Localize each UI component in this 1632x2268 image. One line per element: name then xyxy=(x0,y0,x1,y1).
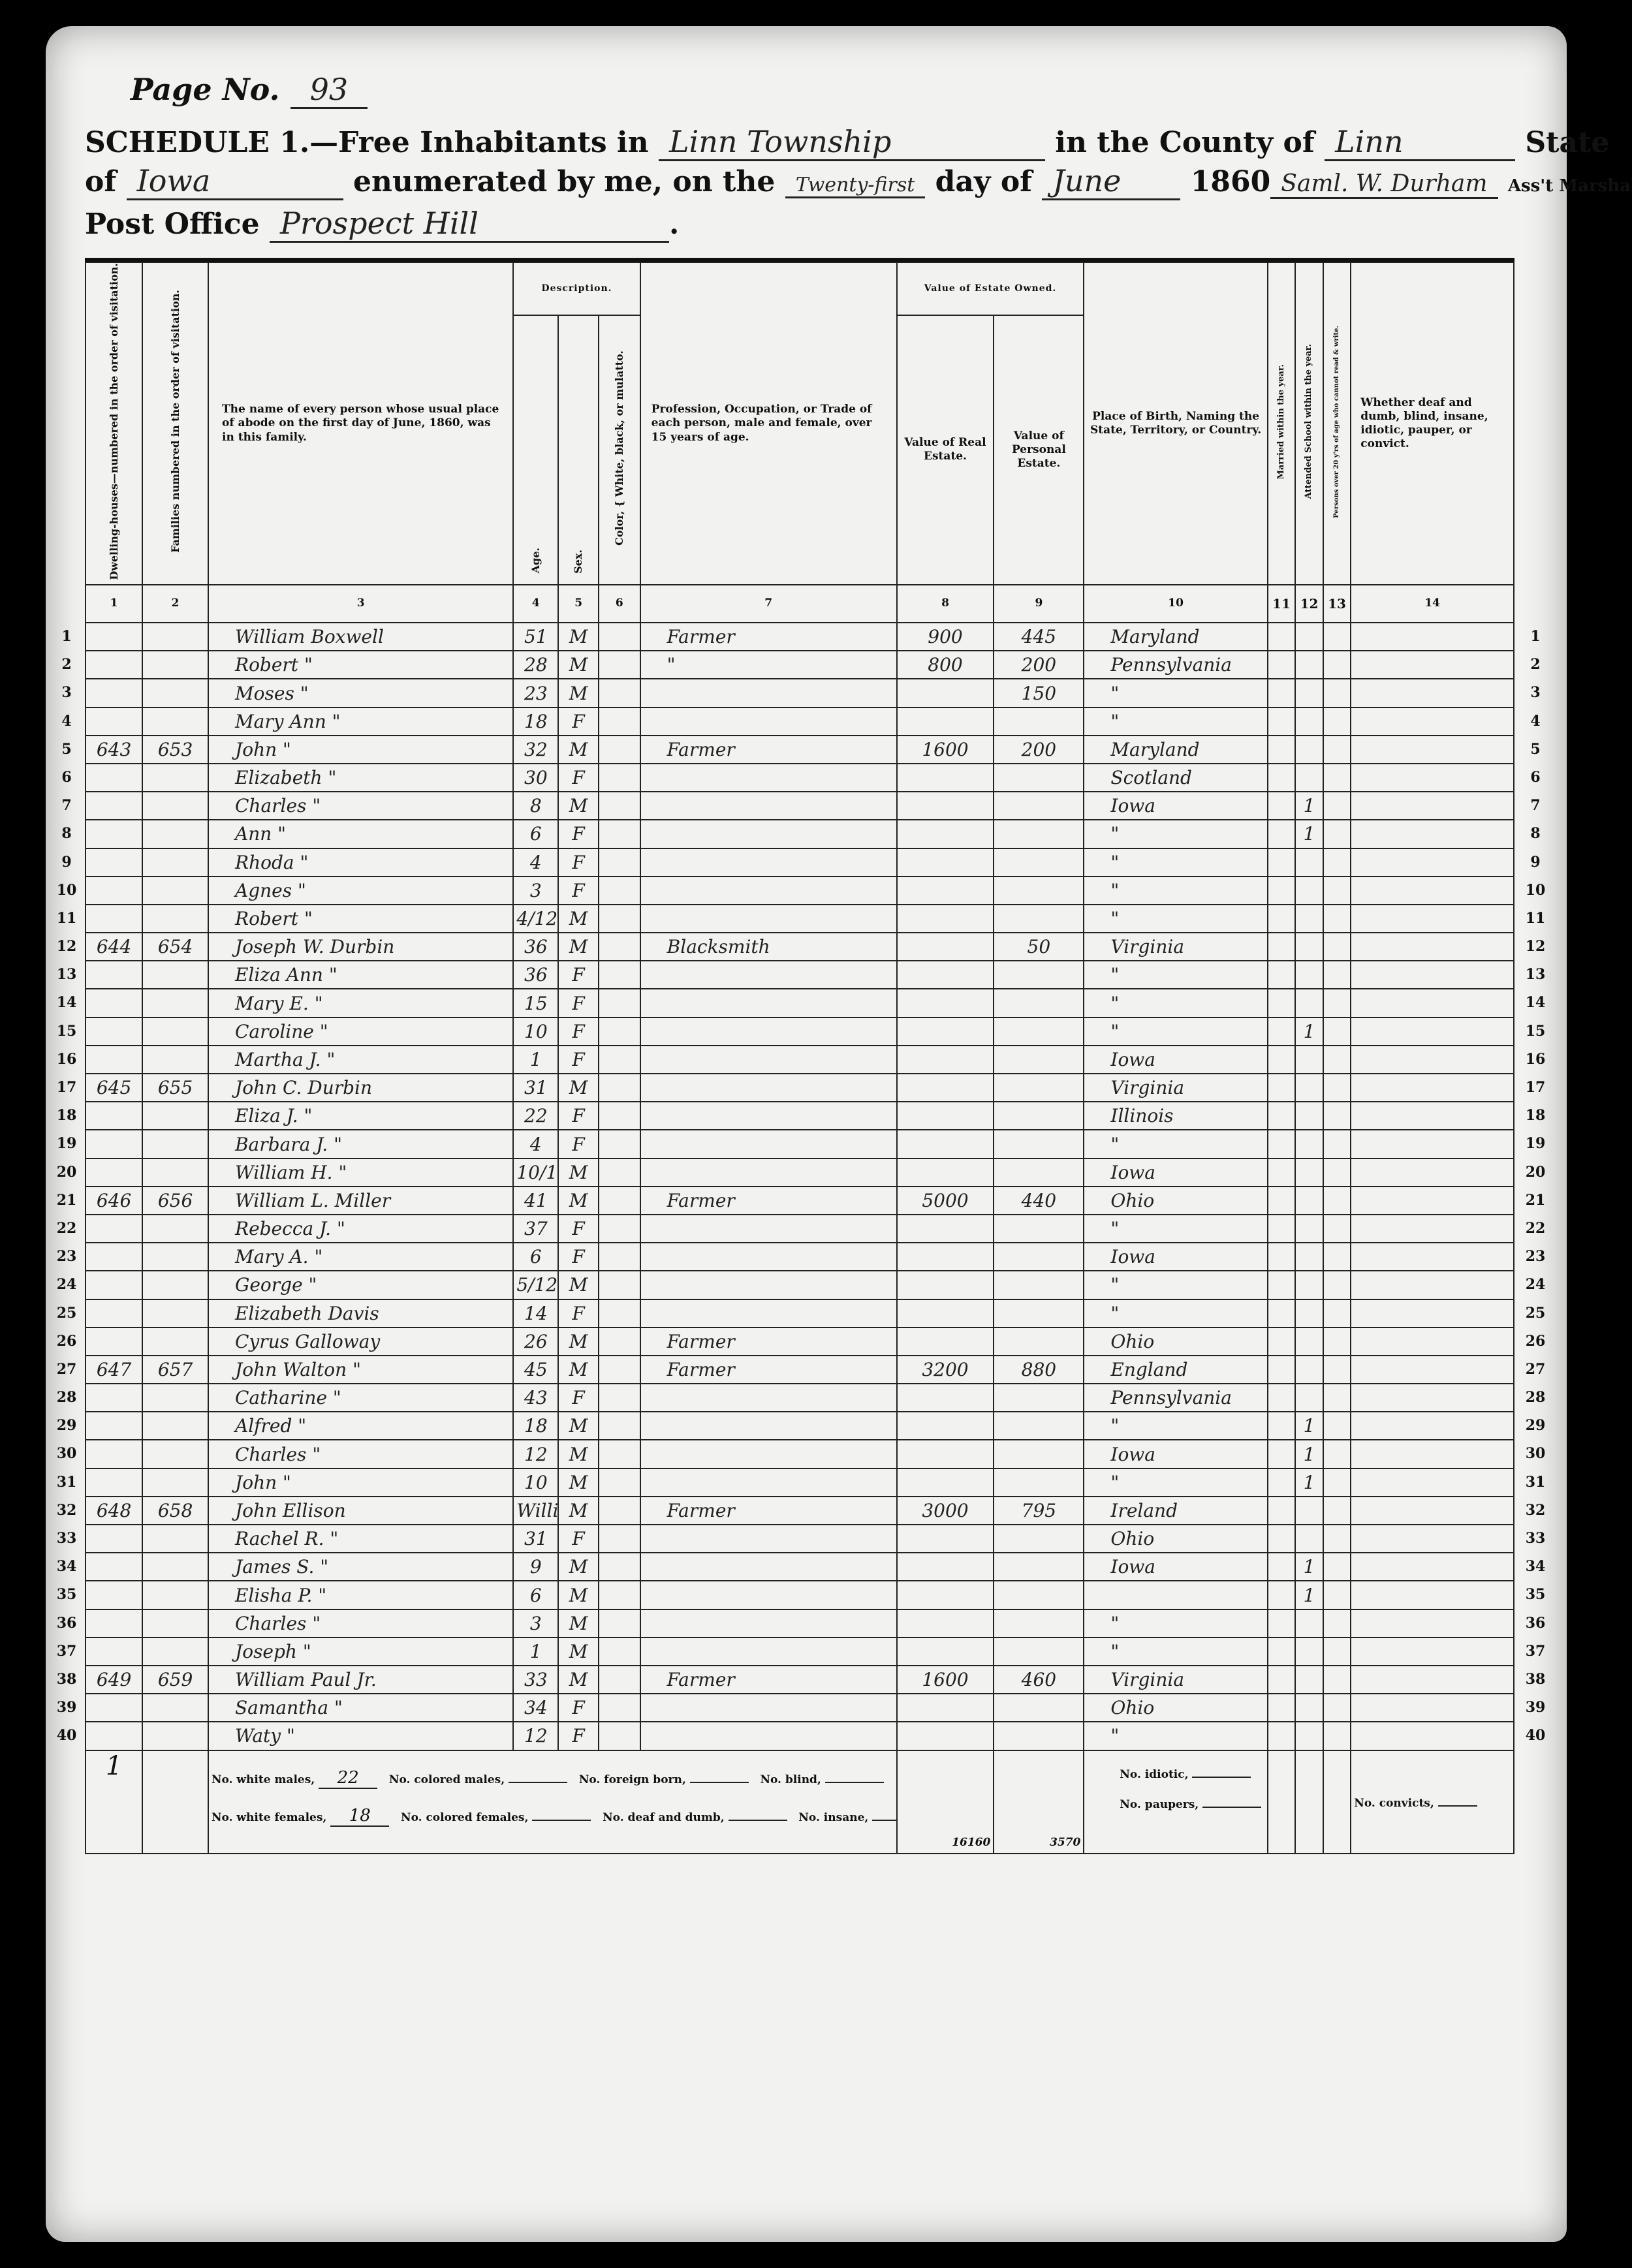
school-cell xyxy=(1295,1497,1323,1525)
color-cell xyxy=(599,1215,640,1243)
dwelling-number xyxy=(86,1102,142,1130)
row-number: 2 xyxy=(54,656,80,673)
month-field: June xyxy=(1042,163,1180,200)
family-number xyxy=(142,1046,208,1074)
infirmity-cell xyxy=(1351,877,1514,905)
personal-estate-value xyxy=(994,1468,1084,1497)
family-number xyxy=(142,877,208,905)
personal-estate-value xyxy=(994,1017,1084,1046)
row-number: 25 xyxy=(1522,1305,1548,1322)
sex-cell: F xyxy=(558,1525,599,1553)
person-name: Rhoda " xyxy=(208,848,513,877)
married-cell xyxy=(1268,1553,1295,1581)
illiterate-cell xyxy=(1323,1412,1351,1440)
row-number: 15 xyxy=(1522,1023,1548,1040)
real-estate-value xyxy=(897,1102,994,1130)
dwelling-number xyxy=(86,1017,142,1046)
row-number: 3 xyxy=(54,684,80,701)
personal-estate-value: 200 xyxy=(994,736,1084,764)
row-number: 30 xyxy=(54,1445,80,1462)
census-row: William H. "10/12MIowa xyxy=(86,1158,1514,1187)
occupation-cell: " xyxy=(640,651,897,679)
dwelling-number xyxy=(86,651,142,679)
illiterate-cell xyxy=(1323,679,1351,707)
sex-cell: M xyxy=(558,1328,599,1356)
person-name: William Boxwell xyxy=(208,623,513,651)
row-number: 30 xyxy=(1522,1445,1548,1462)
dwelling-number: 644 xyxy=(86,933,142,961)
person-name: Charles " xyxy=(208,1440,513,1468)
sex-cell: M xyxy=(558,1468,599,1497)
school-cell: 1 xyxy=(1295,1412,1323,1440)
age-cell: 34 xyxy=(513,1694,558,1722)
family-number xyxy=(142,1158,208,1187)
illiterate-cell xyxy=(1323,1158,1351,1187)
row-number: 36 xyxy=(1522,1615,1548,1632)
infirmity-cell xyxy=(1351,1328,1514,1356)
family-number xyxy=(142,848,208,877)
age-cell: 22 xyxy=(513,1102,558,1130)
color-cell xyxy=(599,1299,640,1328)
illiterate-cell xyxy=(1323,707,1351,736)
married-cell xyxy=(1268,1440,1295,1468)
illiterate-cell xyxy=(1323,736,1351,764)
school-cell xyxy=(1295,651,1323,679)
family-number: 657 xyxy=(142,1356,208,1384)
sex-cell: F xyxy=(558,1046,599,1074)
illiterate-cell xyxy=(1323,877,1351,905)
census-row: Elizabeth "30FScotland xyxy=(86,764,1514,792)
infirmity-cell xyxy=(1351,1074,1514,1102)
census-row: Barbara J. "4F" xyxy=(86,1130,1514,1158)
birthplace-cell: " xyxy=(1084,679,1267,707)
row-number: 9 xyxy=(54,854,80,871)
summary-counts: No. white males, 22 No. colored males, N… xyxy=(208,1750,897,1854)
row-number: 31 xyxy=(1522,1474,1548,1491)
row-number: 6 xyxy=(54,769,80,786)
infirmity-cell xyxy=(1351,961,1514,989)
family-number xyxy=(142,1328,208,1356)
occupation-cell xyxy=(640,877,897,905)
birthplace-cell: Pennsylvania xyxy=(1084,1384,1267,1412)
dwelling-number xyxy=(86,905,142,933)
census-row: Mary E. "15F" xyxy=(86,989,1514,1017)
row-number: 36 xyxy=(54,1615,80,1632)
age-cell: 8 xyxy=(513,792,558,820)
sex-cell: F xyxy=(558,877,599,905)
illiterate-cell xyxy=(1323,1384,1351,1412)
illiterate-cell xyxy=(1323,820,1351,848)
row-number: 8 xyxy=(54,825,80,842)
school-cell xyxy=(1295,1074,1323,1102)
row-number: 12 xyxy=(1522,938,1548,955)
personal-estate-value: 440 xyxy=(994,1187,1084,1215)
age-cell: 28 xyxy=(513,651,558,679)
school-cell xyxy=(1295,1525,1323,1553)
color-cell xyxy=(599,1497,640,1525)
real-estate-value xyxy=(897,707,994,736)
color-cell xyxy=(599,1581,640,1609)
married-cell xyxy=(1268,989,1295,1017)
infirmity-cell xyxy=(1351,905,1514,933)
personal-estate-value xyxy=(994,877,1084,905)
dwelling-number xyxy=(86,1553,142,1581)
page-totals: 1 No. white males, 22 No. colored males,… xyxy=(86,1750,1514,1854)
married-cell xyxy=(1268,1299,1295,1328)
occupation-cell xyxy=(640,1609,897,1638)
married-cell xyxy=(1268,1525,1295,1553)
person-name: John Ellison xyxy=(208,1497,513,1525)
birthplace-cell: Ireland xyxy=(1084,1497,1267,1525)
school-cell xyxy=(1295,905,1323,933)
birthplace-cell: " xyxy=(1084,1722,1267,1750)
row-number: 22 xyxy=(1522,1220,1548,1237)
description-header: Description. xyxy=(513,262,640,315)
dwelling-number: 649 xyxy=(86,1666,142,1694)
personal-estate-value: 150 xyxy=(994,679,1084,707)
person-name: Cyrus Galloway xyxy=(208,1328,513,1356)
col-sex-header: Sex. xyxy=(558,315,599,585)
personal-estate-value xyxy=(994,989,1084,1017)
school-cell xyxy=(1295,1130,1323,1158)
col-infirmity-header: Whether deaf and dumb, blind, insane, id… xyxy=(1351,262,1514,585)
age-cell: 6 xyxy=(513,1581,558,1609)
row-number: 20 xyxy=(54,1164,80,1181)
sex-cell: M xyxy=(558,1666,599,1694)
occupation-cell xyxy=(640,764,897,792)
family-number: 658 xyxy=(142,1497,208,1525)
personal-estate-value xyxy=(994,1215,1084,1243)
family-number xyxy=(142,651,208,679)
dwelling-number: 646 xyxy=(86,1187,142,1215)
sex-cell: F xyxy=(558,848,599,877)
sex-cell: M xyxy=(558,905,599,933)
married-cell xyxy=(1268,933,1295,961)
school-cell xyxy=(1295,933,1323,961)
convicts-count: No. convicts, xyxy=(1351,1750,1514,1854)
sex-cell: F xyxy=(558,1017,599,1046)
census-row: Eliza J. "22FIllinois xyxy=(86,1102,1514,1130)
birthplace-cell: Iowa xyxy=(1084,1553,1267,1581)
school-cell xyxy=(1295,679,1323,707)
color-cell xyxy=(599,1666,640,1694)
age-cell: 15 xyxy=(513,989,558,1017)
infirmity-cell xyxy=(1351,933,1514,961)
dwelling-number xyxy=(86,1694,142,1722)
married-cell xyxy=(1268,1468,1295,1497)
infirmity-cell xyxy=(1351,679,1514,707)
row-number: 29 xyxy=(54,1417,80,1434)
color-cell xyxy=(599,1187,640,1215)
color-cell xyxy=(599,905,640,933)
row-number: 13 xyxy=(1522,966,1548,983)
row-number: 7 xyxy=(1522,797,1548,814)
illiterate-cell xyxy=(1323,1215,1351,1243)
school-cell: 1 xyxy=(1295,792,1323,820)
occupation-cell xyxy=(640,792,897,820)
col-occupation-header: Profession, Occupation, or Trade of each… xyxy=(640,262,897,585)
person-name: James S. " xyxy=(208,1553,513,1581)
family-number xyxy=(142,1722,208,1750)
birthplace-cell: " xyxy=(1084,1130,1267,1158)
illiterate-cell xyxy=(1323,1271,1351,1299)
sex-cell: M xyxy=(558,1356,599,1384)
person-name: Catharine " xyxy=(208,1384,513,1412)
real-estate-value xyxy=(897,1271,994,1299)
occupation-cell xyxy=(640,1102,897,1130)
sex-cell: F xyxy=(558,707,599,736)
family-number xyxy=(142,1384,208,1412)
illiterate-cell xyxy=(1323,1102,1351,1130)
school-cell xyxy=(1295,1356,1323,1384)
person-name: William Paul Jr. xyxy=(208,1666,513,1694)
real-estate-value xyxy=(897,764,994,792)
census-row: Charles "3M" xyxy=(86,1609,1514,1638)
row-number: 18 xyxy=(1522,1107,1548,1124)
family-number xyxy=(142,1694,208,1722)
person-name: Martha J. " xyxy=(208,1046,513,1074)
age-cell: 6 xyxy=(513,820,558,848)
person-name: William H. " xyxy=(208,1158,513,1187)
birthplace-cell: Iowa xyxy=(1084,792,1267,820)
personal-estate-value: 50 xyxy=(994,933,1084,961)
personal-estate-value xyxy=(994,1412,1084,1440)
dwelling-number xyxy=(86,820,142,848)
person-name: Rachel R. " xyxy=(208,1525,513,1553)
census-row: John "10M"1 xyxy=(86,1468,1514,1497)
illiterate-cell xyxy=(1323,1187,1351,1215)
age-cell: 3 xyxy=(513,1609,558,1638)
married-cell xyxy=(1268,1638,1295,1666)
row-number: 34 xyxy=(54,1558,80,1575)
age-cell: 23 xyxy=(513,679,558,707)
birthplace-cell: " xyxy=(1084,1638,1267,1666)
age-cell: 10 xyxy=(513,1468,558,1497)
infirmity-cell xyxy=(1351,1497,1514,1525)
sex-cell: F xyxy=(558,961,599,989)
married-cell xyxy=(1268,1017,1295,1046)
census-row: Alfred "18M"1 xyxy=(86,1412,1514,1440)
census-row: Mary A. "6FIowa xyxy=(86,1243,1514,1271)
illiterate-cell xyxy=(1323,933,1351,961)
age-cell: 4 xyxy=(513,848,558,877)
row-number: 8 xyxy=(1522,825,1548,842)
color-cell xyxy=(599,848,640,877)
row-number: 10 xyxy=(54,882,80,899)
birthplace-cell: " xyxy=(1084,1271,1267,1299)
person-name: Elizabeth Davis xyxy=(208,1299,513,1328)
sex-cell: M xyxy=(558,1581,599,1609)
age-cell: 9 xyxy=(513,1553,558,1581)
census-row: Ann "6F"1 xyxy=(86,820,1514,848)
school-cell xyxy=(1295,1722,1323,1750)
row-number: 39 xyxy=(54,1699,80,1716)
row-number: 25 xyxy=(54,1305,80,1322)
color-cell xyxy=(599,707,640,736)
person-name: Mary E. " xyxy=(208,989,513,1017)
census-row: 648658John EllisonWilliamMFarmer3000795I… xyxy=(86,1497,1514,1525)
age-cell: William xyxy=(513,1497,558,1525)
sex-cell: M xyxy=(558,736,599,764)
row-number: 37 xyxy=(1522,1643,1548,1660)
real-estate-value xyxy=(897,1215,994,1243)
row-number: 10 xyxy=(1522,882,1548,899)
row-number: 31 xyxy=(54,1474,80,1491)
person-name: Mary A. " xyxy=(208,1243,513,1271)
occupation-cell: Farmer xyxy=(640,1187,897,1215)
age-cell: 33 xyxy=(513,1666,558,1694)
personal-estate-value xyxy=(994,764,1084,792)
family-number xyxy=(142,1525,208,1553)
dwelling-number: 647 xyxy=(86,1356,142,1384)
occupation-cell xyxy=(640,1017,897,1046)
personal-estate-value xyxy=(994,1299,1084,1328)
row-number: 1 xyxy=(54,628,80,645)
sex-cell: M xyxy=(558,792,599,820)
personal-estate-value: 200 xyxy=(994,651,1084,679)
married-cell xyxy=(1268,877,1295,905)
age-cell: 36 xyxy=(513,933,558,961)
day-field: Twenty-first xyxy=(785,174,926,198)
dwelling-number xyxy=(86,1046,142,1074)
row-number: 3 xyxy=(1522,684,1548,701)
infirmity-cell xyxy=(1351,1525,1514,1553)
dwelling-number xyxy=(86,764,142,792)
personal-estate-value xyxy=(994,1553,1084,1581)
real-estate-value xyxy=(897,1046,994,1074)
birthplace-cell: " xyxy=(1084,820,1267,848)
illiterate-cell xyxy=(1323,1666,1351,1694)
birthplace-cell: Ohio xyxy=(1084,1525,1267,1553)
row-number: 27 xyxy=(54,1361,80,1378)
infirmity-cell xyxy=(1351,736,1514,764)
color-cell xyxy=(599,1046,640,1074)
infirmity-cell xyxy=(1351,1130,1514,1158)
color-cell xyxy=(599,1356,640,1384)
school-cell xyxy=(1295,707,1323,736)
real-estate-value xyxy=(897,820,994,848)
family-number: 656 xyxy=(142,1187,208,1215)
married-cell xyxy=(1268,1581,1295,1609)
illiterate-cell xyxy=(1323,1525,1351,1553)
family-number xyxy=(142,1102,208,1130)
birthplace-cell: Ohio xyxy=(1084,1328,1267,1356)
occupation-cell xyxy=(640,1722,897,1750)
personal-estate-value xyxy=(994,707,1084,736)
family-number xyxy=(142,1609,208,1638)
infirmity-cell xyxy=(1351,820,1514,848)
school-cell: 1 xyxy=(1295,1017,1323,1046)
infirmity-cell xyxy=(1351,1638,1514,1666)
color-cell xyxy=(599,877,640,905)
row-number: 40 xyxy=(54,1727,80,1744)
color-cell xyxy=(599,764,640,792)
dwelling-number xyxy=(86,1412,142,1440)
real-estate-value: 900 xyxy=(897,623,994,651)
illiterate-cell xyxy=(1323,1638,1351,1666)
birthplace-cell: Ohio xyxy=(1084,1694,1267,1722)
row-number: 11 xyxy=(54,910,80,927)
infirmity-cell xyxy=(1351,1271,1514,1299)
family-number xyxy=(142,1553,208,1581)
married-cell xyxy=(1268,1130,1295,1158)
color-cell xyxy=(599,1440,640,1468)
age-cell: 18 xyxy=(513,707,558,736)
census-row: 649659William Paul Jr.33MFarmer1600460Vi… xyxy=(86,1666,1514,1694)
census-row: 645655John C. Durbin31MVirginia xyxy=(86,1074,1514,1102)
real-estate-value xyxy=(897,1299,994,1328)
occupation-cell xyxy=(640,707,897,736)
row-number: 24 xyxy=(1522,1276,1548,1293)
row-number: 33 xyxy=(1522,1530,1548,1547)
birthplace-cell: Virginia xyxy=(1084,1074,1267,1102)
person-name: George " xyxy=(208,1271,513,1299)
birthplace-cell: " xyxy=(1084,877,1267,905)
married-cell xyxy=(1268,736,1295,764)
personal-estate-value xyxy=(994,1158,1084,1187)
birthplace-cell: Iowa xyxy=(1084,1046,1267,1074)
census-page: Page No. 93 SCHEDULE 1.—Free Inhabitants… xyxy=(46,26,1567,2242)
dwelling-number xyxy=(86,1722,142,1750)
color-cell xyxy=(599,1553,640,1581)
color-cell xyxy=(599,1102,640,1130)
real-estate-value xyxy=(897,1158,994,1187)
school-cell: 1 xyxy=(1295,1581,1323,1609)
personal-estate-value xyxy=(994,1074,1084,1102)
birthplace-cell: Scotland xyxy=(1084,764,1267,792)
census-row: Charles "12MIowa1 xyxy=(86,1440,1514,1468)
school-cell xyxy=(1295,1384,1323,1412)
school-cell xyxy=(1295,1328,1323,1356)
real-estate-value xyxy=(897,1609,994,1638)
sex-cell: F xyxy=(558,1299,599,1328)
row-number: 40 xyxy=(1522,1727,1548,1744)
occupation-cell xyxy=(640,1440,897,1468)
occupation-cell xyxy=(640,820,897,848)
personal-estate-value xyxy=(994,961,1084,989)
sex-cell: F xyxy=(558,1722,599,1750)
birthplace-cell: " xyxy=(1084,848,1267,877)
row-number: 28 xyxy=(1522,1389,1548,1406)
census-row: Caroline "10F"1 xyxy=(86,1017,1514,1046)
school-cell xyxy=(1295,1102,1323,1130)
census-row: 646656William L. Miller41MFarmer5000440O… xyxy=(86,1187,1514,1215)
color-cell xyxy=(599,1525,640,1553)
illiterate-cell xyxy=(1323,1468,1351,1497)
infirmity-cell xyxy=(1351,1440,1514,1468)
real-estate-value: 800 xyxy=(897,651,994,679)
infirmity-cell xyxy=(1351,707,1514,736)
value-estate-header: Value of Estate Owned. xyxy=(897,262,1084,315)
person-name: Charles " xyxy=(208,1609,513,1638)
col-birthplace-header: Place of Birth, Naming the State, Territ… xyxy=(1084,262,1267,585)
dwelling-number xyxy=(86,1299,142,1328)
age-cell: 26 xyxy=(513,1328,558,1356)
sex-cell: M xyxy=(558,1158,599,1187)
married-cell xyxy=(1268,1384,1295,1412)
person-name: Joseph " xyxy=(208,1638,513,1666)
census-row: Rachel R. "31FOhio xyxy=(86,1525,1514,1553)
school-cell: 1 xyxy=(1295,1468,1323,1497)
illiterate-cell xyxy=(1323,1609,1351,1638)
real-estate-value xyxy=(897,679,994,707)
sex-cell: F xyxy=(558,1102,599,1130)
age-cell: 1 xyxy=(513,1046,558,1074)
real-estate-value xyxy=(897,1468,994,1497)
row-number: 15 xyxy=(54,1023,80,1040)
illiterate-cell xyxy=(1323,1328,1351,1356)
illiterate-cell xyxy=(1323,1722,1351,1750)
